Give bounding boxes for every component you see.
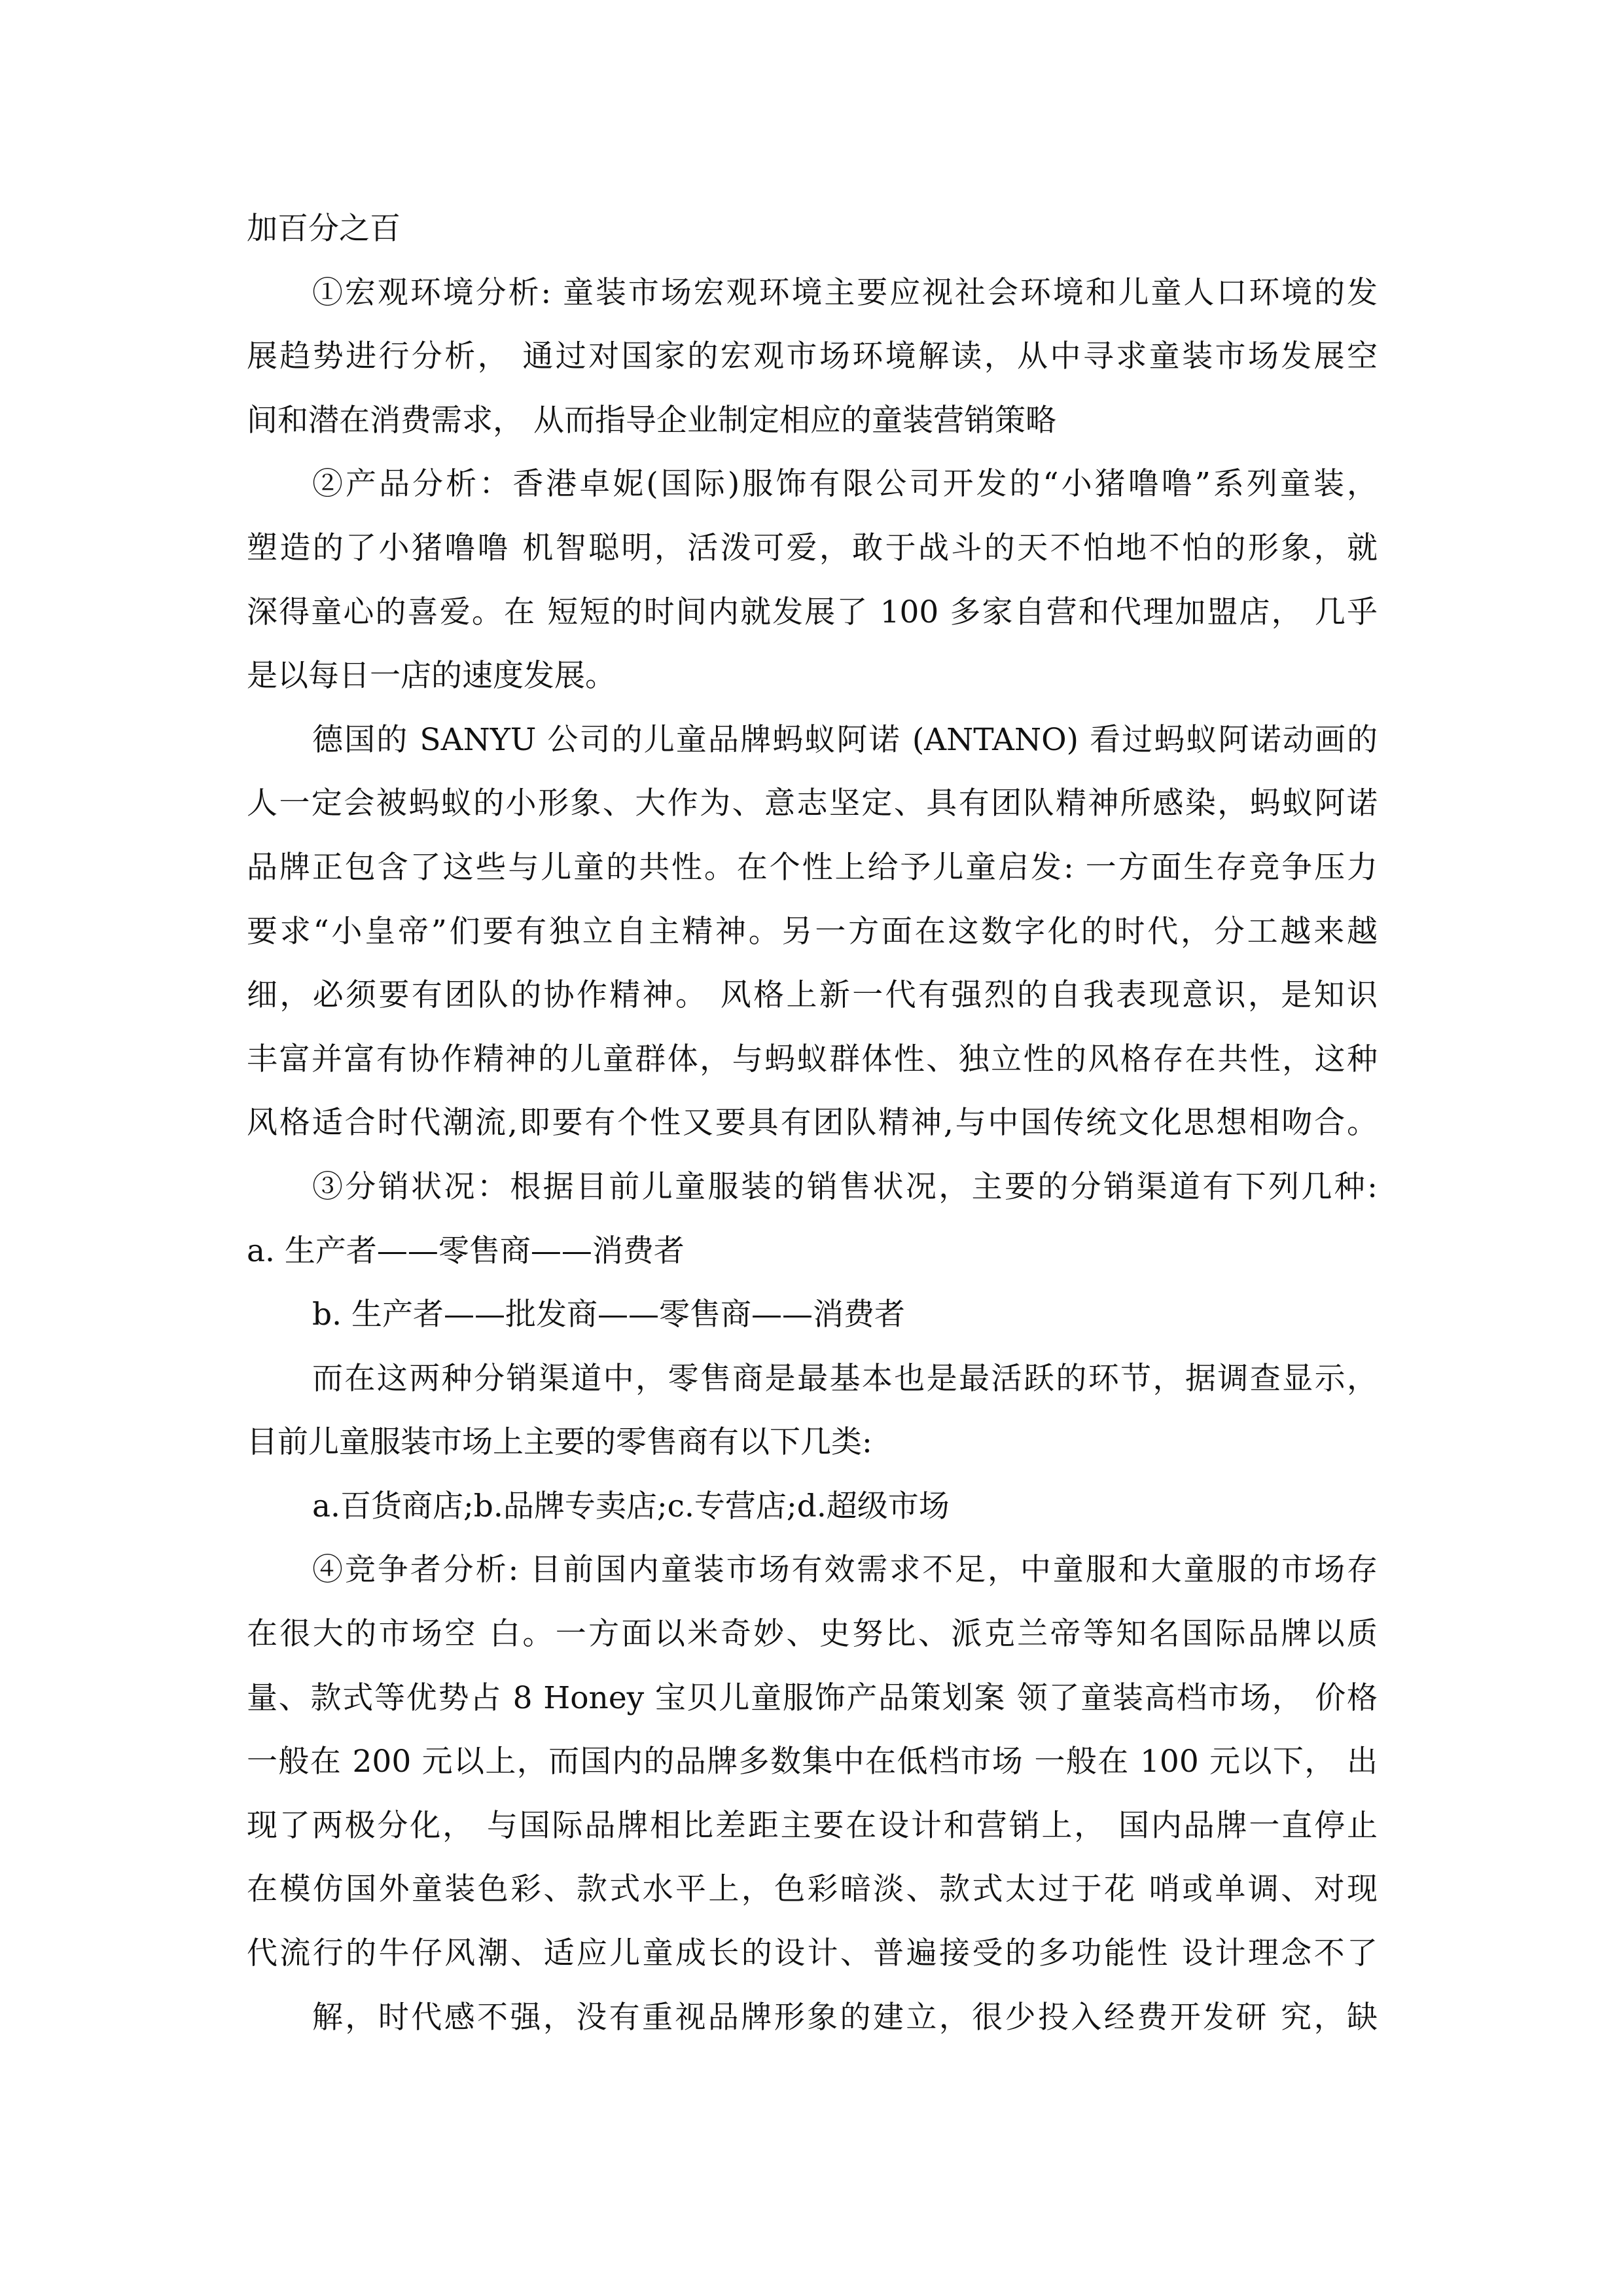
text-line: 在模仿国外童装色彩、款式水平上，色彩暗淡、款式太过于花 哨或单调、对现 [247, 1857, 1378, 1922]
text-line: 解，时代感不强，没有重视品牌形象的建立，很少投入经费开发研 究，缺 [247, 1986, 1378, 2050]
text-line-continuation: 加百分之百 [247, 197, 1378, 261]
paragraph-retailers: 而在这两种分销渠道中，零售商是最基本也是最活跃的环节，据调查显示， [247, 1347, 1378, 1411]
paragraph-distribution-status: ③分销状况：根据目前儿童服装的销售状况，主要的分销渠道有下列几种: [247, 1155, 1378, 1219]
text-line: 间和潜在消费需求， 从而指导企业制定相应的童装营销策略 [247, 389, 1378, 453]
text-line: 量、款式等优势占 8 Honey 宝贝儿童服饰产品策划案 领了童装高档市场， 价… [247, 1666, 1378, 1731]
text-line: 丰富并富有协作精神的儿童群体，与蚂蚁群体性、独立性的风格存在共性，这种 [247, 1028, 1378, 1092]
paragraph-macro-environment-analysis: ①宏观环境分析: 童装市场宏观环境主要应视社会环境和儿童人口环境的发 [247, 261, 1378, 325]
list-item-channel-b: b. 生产者——批发商——零售商——消费者 [247, 1283, 1378, 1347]
list-retailer-types: a.百货商店;b.品牌专卖店;c.专营店;d.超级市场 [247, 1475, 1378, 1539]
text-line: 一般在 200 元以上，而国内的品牌多数集中在低档市场 一般在 100 元以下，… [247, 1730, 1378, 1794]
text-line: 品牌正包含了这些与儿童的共性。在个性上给予儿童启发: 一方面生存竞争压力 [247, 836, 1378, 900]
text-line: 目前儿童服装市场上主要的零售商有以下几类: [247, 1410, 1378, 1475]
paragraph-competitor-analysis: ④竞争者分析: 目前国内童装市场有效需求不足，中童服和大童服的市场存 [247, 1538, 1378, 1602]
text-line: 现了两极分化， 与国际品牌相比差距主要在设计和营销上， 国内品牌一直停止 [247, 1794, 1378, 1858]
document-body: 加百分之百 ①宏观环境分析: 童装市场宏观环境主要应视社会环境和儿童人口环境的发… [247, 197, 1378, 2049]
document-page: 加百分之百 ①宏观环境分析: 童装市场宏观环境主要应视社会环境和儿童人口环境的发… [0, 0, 1623, 2296]
text-line: 风格适合时代潮流,即要有个性又要具有团队精神,与中国传统文化思想相吻合。 [247, 1091, 1378, 1155]
text-line: 要求“小皇帝”们要有独立自主精神。另一方面在这数字化的时代，分工越来越 [247, 900, 1378, 964]
text-line: 细，必须要有团队的协作精神。 风格上新一代有强烈的自我表现意识，是知识 [247, 963, 1378, 1028]
text-line: 代流行的牛仔风潮、适应儿童成长的设计、普遍接受的多功能性 设计理念不了 [247, 1922, 1378, 1986]
text-line: 塑造的了小猪噜噜 机智聪明，活泼可爱，敢于战斗的天不怕地不怕的形象，就 [247, 516, 1378, 581]
text-line: 深得童心的喜爱。在 短短的时间内就发展了 100 多家自营和代理加盟店， 几乎 [247, 581, 1378, 645]
paragraph-sanyu-antano: 德国的 SANYU 公司的儿童品牌蚂蚁阿诺 (ANTANO) 看过蚂蚁阿诺动画的… [247, 708, 1378, 772]
paragraph-product-analysis: ②产品分析：香港卓妮(国际)服饰有限公司开发的“小猪噜噜”系列童装， [247, 452, 1378, 516]
text-line: 展趋势进行分析， 通过对国家的宏观市场环境解读，从中寻求童装市场发展空 [247, 325, 1378, 389]
list-item-channel-a: a. 生产者——零售商——消费者 [247, 1219, 1378, 1283]
text-line: 是以每日一店的速度发展。 [247, 644, 1378, 708]
text-line: 在很大的市场空 白。一方面以米奇妙、史努比、派克兰帝等知名国际品牌以质 [247, 1602, 1378, 1666]
text-line: 人一定会被蚂蚁的小形象、大作为、意志坚定、具有团队精神所感染，蚂蚁阿诺 [247, 772, 1378, 836]
